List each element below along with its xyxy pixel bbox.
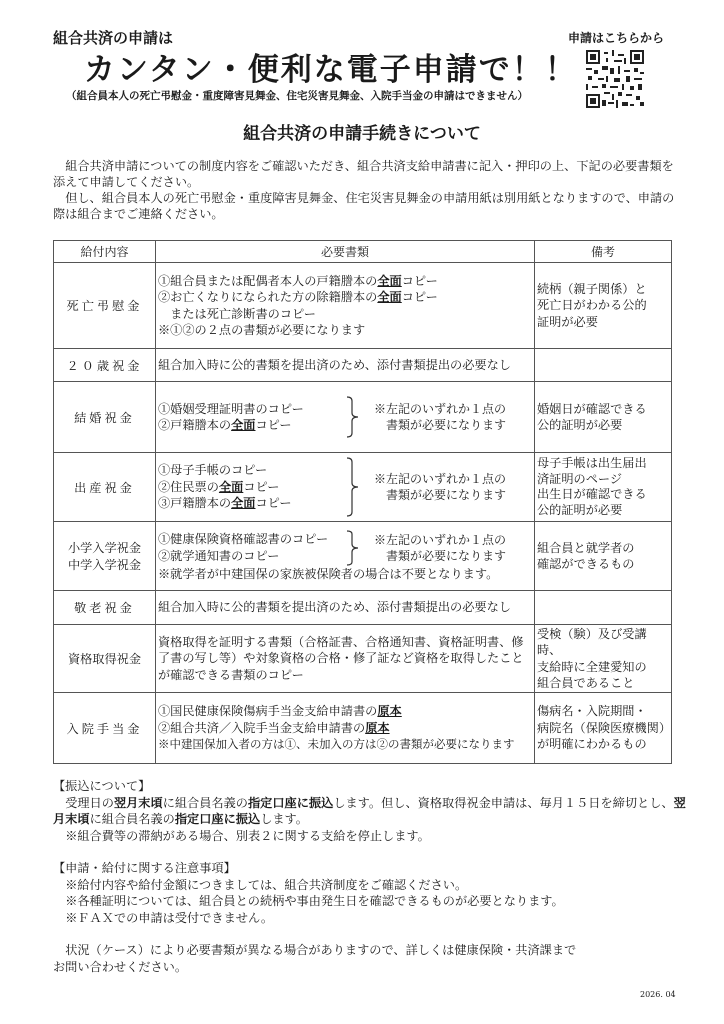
table-row: 出産祝金 ①母子手帳のコピー ②住民票の全面コピー ③戸籍謄本の全面コピー ※左… [54,453,672,522]
intro: 組合共済申請についての制度内容をご確認いただき、組合共済支給申請書に記入・押印の… [53,158,678,222]
right-brace-icon [346,530,360,566]
remarks: 受検（験）及び受講時、 支給時に全建愛知の 組合員であること [535,625,672,693]
issue-date: 2026. 04 [640,990,676,999]
benefit-name: ２０歳祝金 [54,349,156,382]
required-documents: ①健康保険資格確認書のコピー ②就学通知書のコピー ※左記のいずれか１点の書類が… [156,522,535,591]
remarks: 婚姻日が確認できる 公的証明が必要 [535,382,672,453]
required-documents: 資格取得を証明する書類（合格証書、合格通知書、資格証明書、修了書の写し等）や対象… [156,625,535,693]
note-item: ※給付内容や給付金額につきましては、組合共済制度をご確認ください。 [53,877,693,894]
required-documents: ①母子手帳のコピー ②住民票の全面コピー ③戸籍謄本の全面コピー ※左記のいずれ… [156,453,535,522]
table-row: 敬老祝金 組合加入時に公的書類を提出済のため、添付書類提出の必要なし [54,591,672,625]
table-row: 入院手当金 ①国民健康保険傷病手当金支給申請書の原本 ②組合共済／入院手当金支給… [54,693,672,764]
table-row: 資格取得祝金 資格取得を証明する書類（合格証書、合格通知書、資格証明書、修了書の… [54,625,672,693]
table-row: 小学入学祝金 中学入学祝金 ①健康保険資格確認書のコピー ②就学通知書のコピー … [54,522,672,591]
notes-section: 【申請・給付に関する注意事項】 ※給付内容や給付金額につきましては、組合共済制度… [53,860,693,926]
transfer-heading: 【振込について】 [53,778,693,795]
remarks: 組合員と就学者の 確認ができるもの [535,522,672,591]
required-documents: 組合加入時に公的書類を提出済のため、添付書類提出の必要なし [156,349,535,382]
benefit-name: 出産祝金 [54,453,156,522]
headline: カンタン・便利な電子申請で！！ [84,44,578,89]
headline-subnote: （組合員本人の死亡弔慰金・重度障害見舞金、住宅災害見舞金、入院手当金の申請はでき… [66,88,528,103]
transfer-note: ※組合費等の滞納がある場合、別表２に関する支給を停止します。 [53,828,693,845]
remarks: 母子手帳は出生届出 済証明のページ 出生日が確認できる 公的証明が必要 [535,453,672,522]
table-row: ２０歳祝金 組合加入時に公的書類を提出済のため、添付書類提出の必要なし [54,349,672,382]
required-documents: ①組合員または配偶者本人の戸籍謄本の全面コピー ②お亡くなりになられた方の除籍謄… [156,263,535,349]
benefit-name: 資格取得祝金 [54,625,156,693]
column-header-remarks: 備考 [535,241,672,263]
benefit-name: 敬老祝金 [54,591,156,625]
required-documents: ①婚姻受理証明書のコピー ②戸籍謄本の全面コピー ※左記のいずれか１点の書類が必… [156,382,535,453]
remarks [535,591,672,625]
closing-line-1: 状況（ケース）により必要書類が異なる場合がありますので、詳しくは健康保険・共済課… [53,942,693,959]
benefit-name: 小学入学祝金 中学入学祝金 [54,522,156,591]
closing-section: 状況（ケース）により必要書類が異なる場合がありますので、詳しくは健康保険・共済課… [53,942,693,975]
page-title: 組合共済の申請手続きについて [0,119,724,144]
intro-paragraph-1: 組合共済申請についての制度内容をご確認いただき、組合共済支給申請書に記入・押印の… [53,158,678,190]
column-header-benefit: 給付内容 [54,241,156,263]
qr-label: 申請はこちらから [568,29,664,46]
remarks: 傷病名・入院期間・ 病院名（保険医療機関） が明確にわかるもの [535,693,672,764]
remarks: 続柄（親子関係）と 死亡日がわかる公的 証明が必要 [535,263,672,349]
table-row: 結婚祝金 ①婚姻受理証明書のコピー ②戸籍謄本の全面コピー ※左記のいずれか１点… [54,382,672,453]
note-item: ※ＦＡＸでの申請は受付できません。 [53,910,693,927]
benefits-table: 給付内容 必要書類 備考 死亡弔慰金 ①組合員または配偶者本人の戸籍謄本の全面コ… [53,240,672,764]
required-documents: ①国民健康保険傷病手当金支給申請書の原本 ②組合共済／入院手当金支給申請書の原本… [156,693,535,764]
table-header-row: 給付内容 必要書類 備考 [54,241,672,263]
column-header-documents: 必要書類 [156,241,535,263]
intro-paragraph-2: 但し、組合員本人の死亡弔慰金・重度障害見舞金、住宅災害見舞金の申請用紙は別用紙と… [53,190,678,222]
remarks [535,349,672,382]
right-brace-icon [346,396,360,438]
table-row: 死亡弔慰金 ①組合員または配偶者本人の戸籍謄本の全面コピー ②お亡くなりになられ… [54,263,672,349]
benefit-name: 死亡弔慰金 [54,263,156,349]
notes-heading: 【申請・給付に関する注意事項】 [53,860,693,877]
note-item: ※各種証明については、組合員との続柄や事由発生日を確認できるものが必要となります… [53,893,693,910]
benefit-name: 入院手当金 [54,693,156,764]
qr-code-icon[interactable] [586,50,644,108]
benefit-name: 結婚祝金 [54,382,156,453]
transfer-text: 受理日の翌月末頃に組合員名義の指定口座に振込します。但し、資格取得祝金申請は、毎… [53,795,693,828]
required-documents: 組合加入時に公的書類を提出済のため、添付書類提出の必要なし [156,591,535,625]
transfer-section: 【振込について】 受理日の翌月末頃に組合員名義の指定口座に振込します。但し、資格… [53,778,693,844]
closing-line-2: お問い合わせください。 [53,959,693,976]
right-brace-icon [346,457,360,517]
